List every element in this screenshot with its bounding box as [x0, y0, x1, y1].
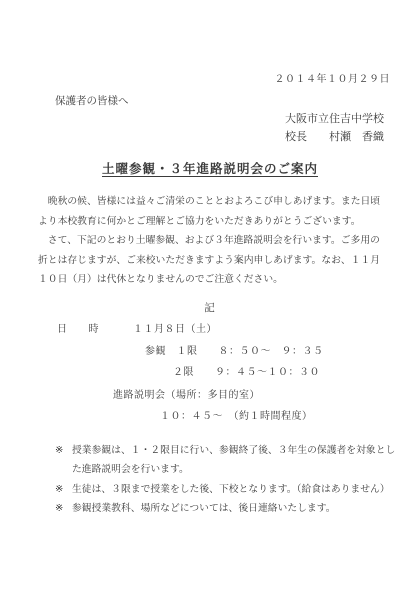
note-row: た進路説明会を行います。 — [55, 460, 390, 479]
schedule-datetime-value: １１月８日（土） — [133, 320, 217, 335]
body-paragraphs: 晩秋の候、皆様には益々ご清栄のこととおよろこび申しあげます。また日頃 より本校教… — [38, 192, 380, 290]
note-marker: ※ — [55, 499, 72, 518]
note-marker: ※ — [55, 441, 72, 460]
document-page: ２０１４年１０月２９日 保護者の皆様へ 大阪市立住吉中学校 校長 村瀬 香織 土… — [0, 0, 420, 594]
record-heading: 記 — [0, 300, 420, 315]
school-name: 大阪市立住吉中学校 — [285, 110, 384, 128]
note-text: た進路説明会を行います。 — [72, 464, 189, 475]
notes-list: ※授業参観は、１・２限目に行い、参観終了後、３年生の保護者を対象とし た進路説明… — [55, 441, 390, 518]
sender-block: 大阪市立住吉中学校 校長 村瀬 香織 — [285, 110, 384, 146]
body-line: より本校教育に何かとご理解とご協力をいただきありがとうございます。 — [38, 212, 380, 232]
principal-name: 校長 村瀬 香織 — [285, 128, 384, 146]
schedule-datetime-label: 日 時 — [57, 320, 99, 335]
note-row: ※生徒は、３限まで授業をした後、下校となります。（給食はありません） — [55, 480, 390, 499]
recipient-line: 保護者の皆様へ — [55, 93, 129, 108]
note-marker: ※ — [55, 480, 72, 499]
note-row: ※参観授業教科、場所などについては、後日連絡いたします。 — [55, 499, 390, 518]
note-text: 参観授業教科、場所などについては、後日連絡いたします。 — [72, 503, 336, 514]
schedule-meeting-location: 進路説明会（場所：多目的室） — [113, 386, 260, 401]
body-line: １０日（月）は代休となりませんのでご注意ください。 — [38, 270, 380, 290]
schedule-observation-period1: 参観 １限 ８：５０～ ９：３５ — [145, 342, 324, 357]
schedule-meeting-time: １０：４５～ （約１時間程度） — [160, 407, 313, 422]
body-line: 晩秋の候、皆様には益々ご清栄のこととおよろこび申しあげます。また日頃 — [38, 192, 380, 212]
note-text: 生徒は、３限まで授業をした後、下校となります。（給食はありません） — [72, 484, 390, 495]
note-row: ※授業参観は、１・２限目に行い、参観終了後、３年生の保護者を対象とし — [55, 441, 390, 460]
schedule-observation-period2: ２限 ９：４５～１０：３０ — [173, 363, 320, 378]
body-line: 折とは存じますが、ご来校いただきますよう案内申しあげます。なお、１１月 — [38, 251, 380, 271]
body-line: さて、下記のとおり土曜参観、および３年進路説明会を行います。ご多用の — [38, 231, 380, 251]
document-date: ２０１４年１０月２９日 — [275, 70, 391, 85]
document-title: 土曜参観・３年進路説明会のご案内 — [0, 159, 420, 177]
note-text: 授業参観は、１・２限目に行い、参観終了後、３年生の保護者を対象とし — [72, 445, 395, 456]
